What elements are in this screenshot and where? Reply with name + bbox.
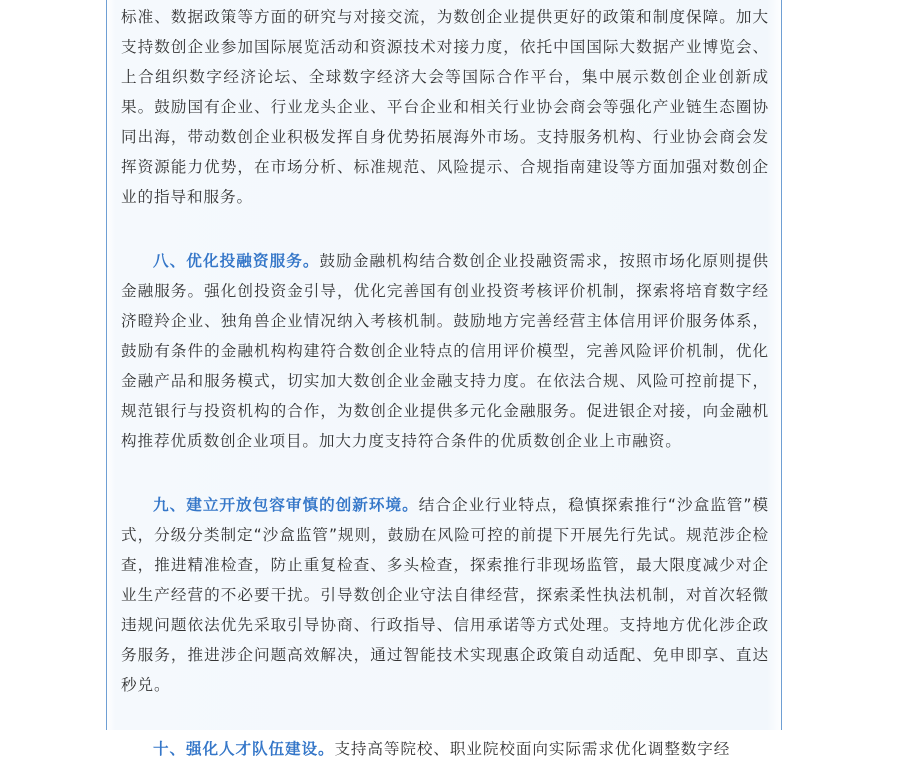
section-heading: 九、建立开放包容审慎的创新环境。 xyxy=(153,496,419,514)
paragraph-section-8: 八、优化投融资服务。鼓励金融机构结合数创企业投融资需求，按照市场化原则提供金融服… xyxy=(121,246,769,456)
paragraph-continuation: 标准、数据政策等方面的研究与对接交流，为数创企业提供更好的政策和制度保障。加大支… xyxy=(121,2,769,212)
paragraph-body: 鼓励金融机构结合数创企业投融资需求，按照市场化原则提供金融服务。强化创投资金引导… xyxy=(121,252,769,450)
paragraph-body: 结合企业行业特点，稳慎探索推行“沙盒监管”模式，分级分类制定“沙盒监管”规则，鼓… xyxy=(121,496,769,694)
paragraph-body: 标准、数据政策等方面的研究与对接交流，为数创企业提供更好的政策和制度保障。加大支… xyxy=(121,8,769,206)
section-heading: 八、优化投融资服务。 xyxy=(153,252,320,270)
article-body: 标准、数据政策等方面的研究与对接交流，为数创企业提供更好的政策和制度保障。加大支… xyxy=(121,0,769,718)
paragraph-section-9: 九、建立开放包容审慎的创新环境。结合企业行业特点，稳慎探索推行“沙盒监管”模式，… xyxy=(121,490,769,700)
